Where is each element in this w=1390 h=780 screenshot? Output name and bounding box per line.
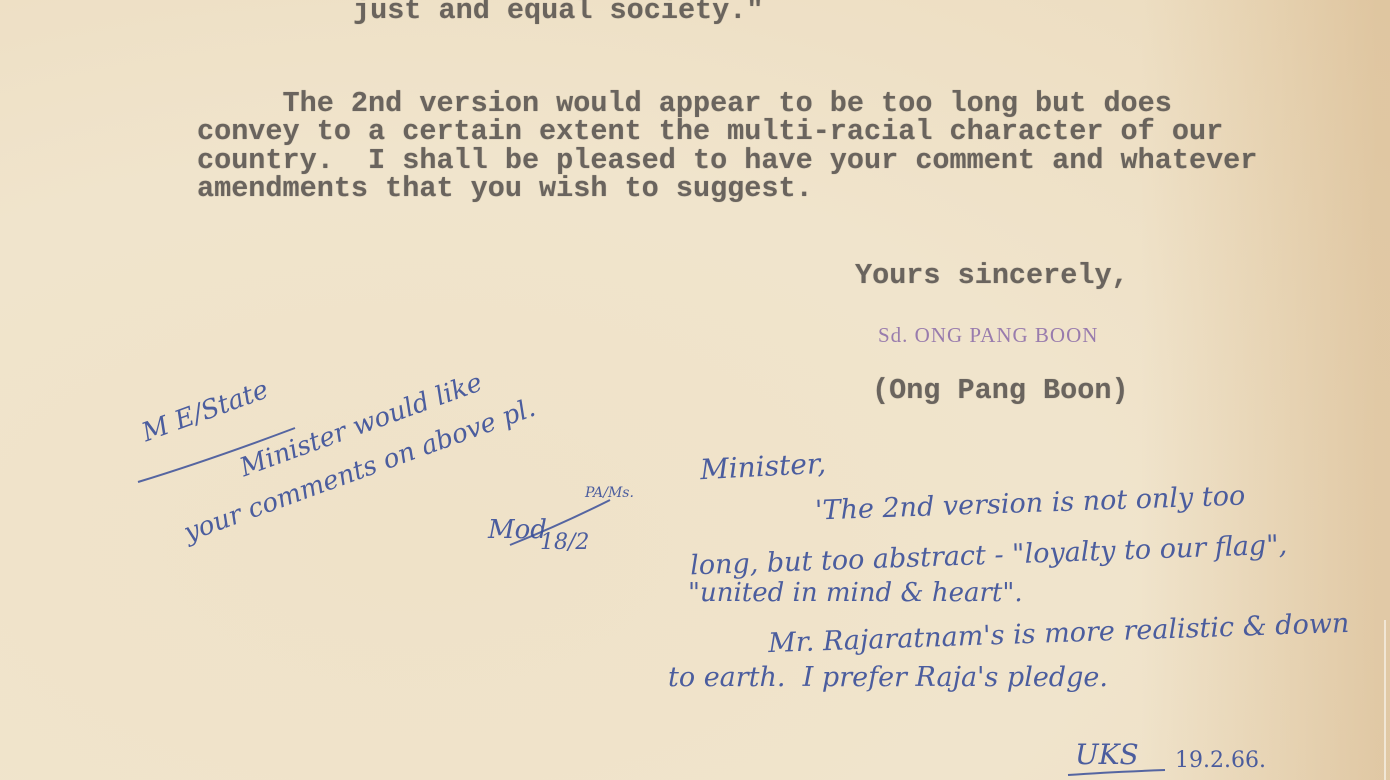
underline-stroke [138, 428, 295, 482]
underline-stroke [1068, 770, 1165, 775]
underline-stroke [510, 500, 610, 545]
pen-strokes [0, 0, 1390, 780]
